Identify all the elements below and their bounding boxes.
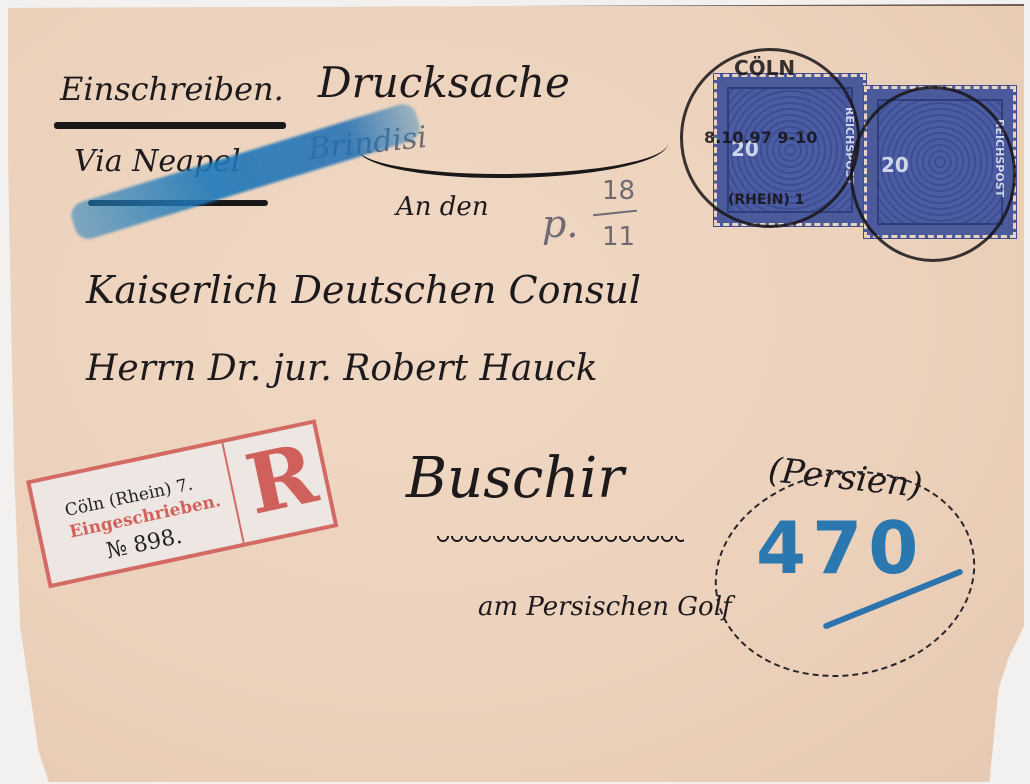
envelope: Einschreiben. Via Neapel Drucksache Brin…: [8, 4, 1024, 782]
postmark-city: CÖLN: [734, 56, 795, 80]
address-line-1: An den: [396, 192, 489, 222]
blue-number: 470: [756, 506, 924, 590]
postmark-date: 8.10.97 9-10: [704, 128, 817, 147]
address-region: am Persischen Golf: [478, 592, 732, 622]
address-city: Buschir: [406, 446, 624, 511]
pencil-ref-denominator: 11: [602, 222, 635, 252]
registration-label: Cöln (Rhein) 7. Eingeschrieben. № 898. R: [20, 388, 352, 603]
city-underline: [436, 536, 684, 546]
address-line-2: Kaiserlich Deutschen Consul: [86, 268, 641, 312]
address-line-3: Herrn Dr. jur. Robert Hauck: [86, 348, 598, 389]
pencil-ref-prefix: p.: [542, 202, 578, 246]
pencil-ref-numerator: 18: [602, 176, 635, 206]
fraction-bar: [593, 210, 637, 217]
postmark-2: [850, 86, 1016, 262]
einschreiben-annotation: Einschreiben.: [60, 70, 284, 108]
postmark-lower: (RHEIN) 1: [728, 192, 804, 208]
registration-letter: R: [238, 426, 325, 534]
strike-line: [54, 122, 286, 129]
drucksache-annotation: Drucksache: [318, 58, 570, 107]
